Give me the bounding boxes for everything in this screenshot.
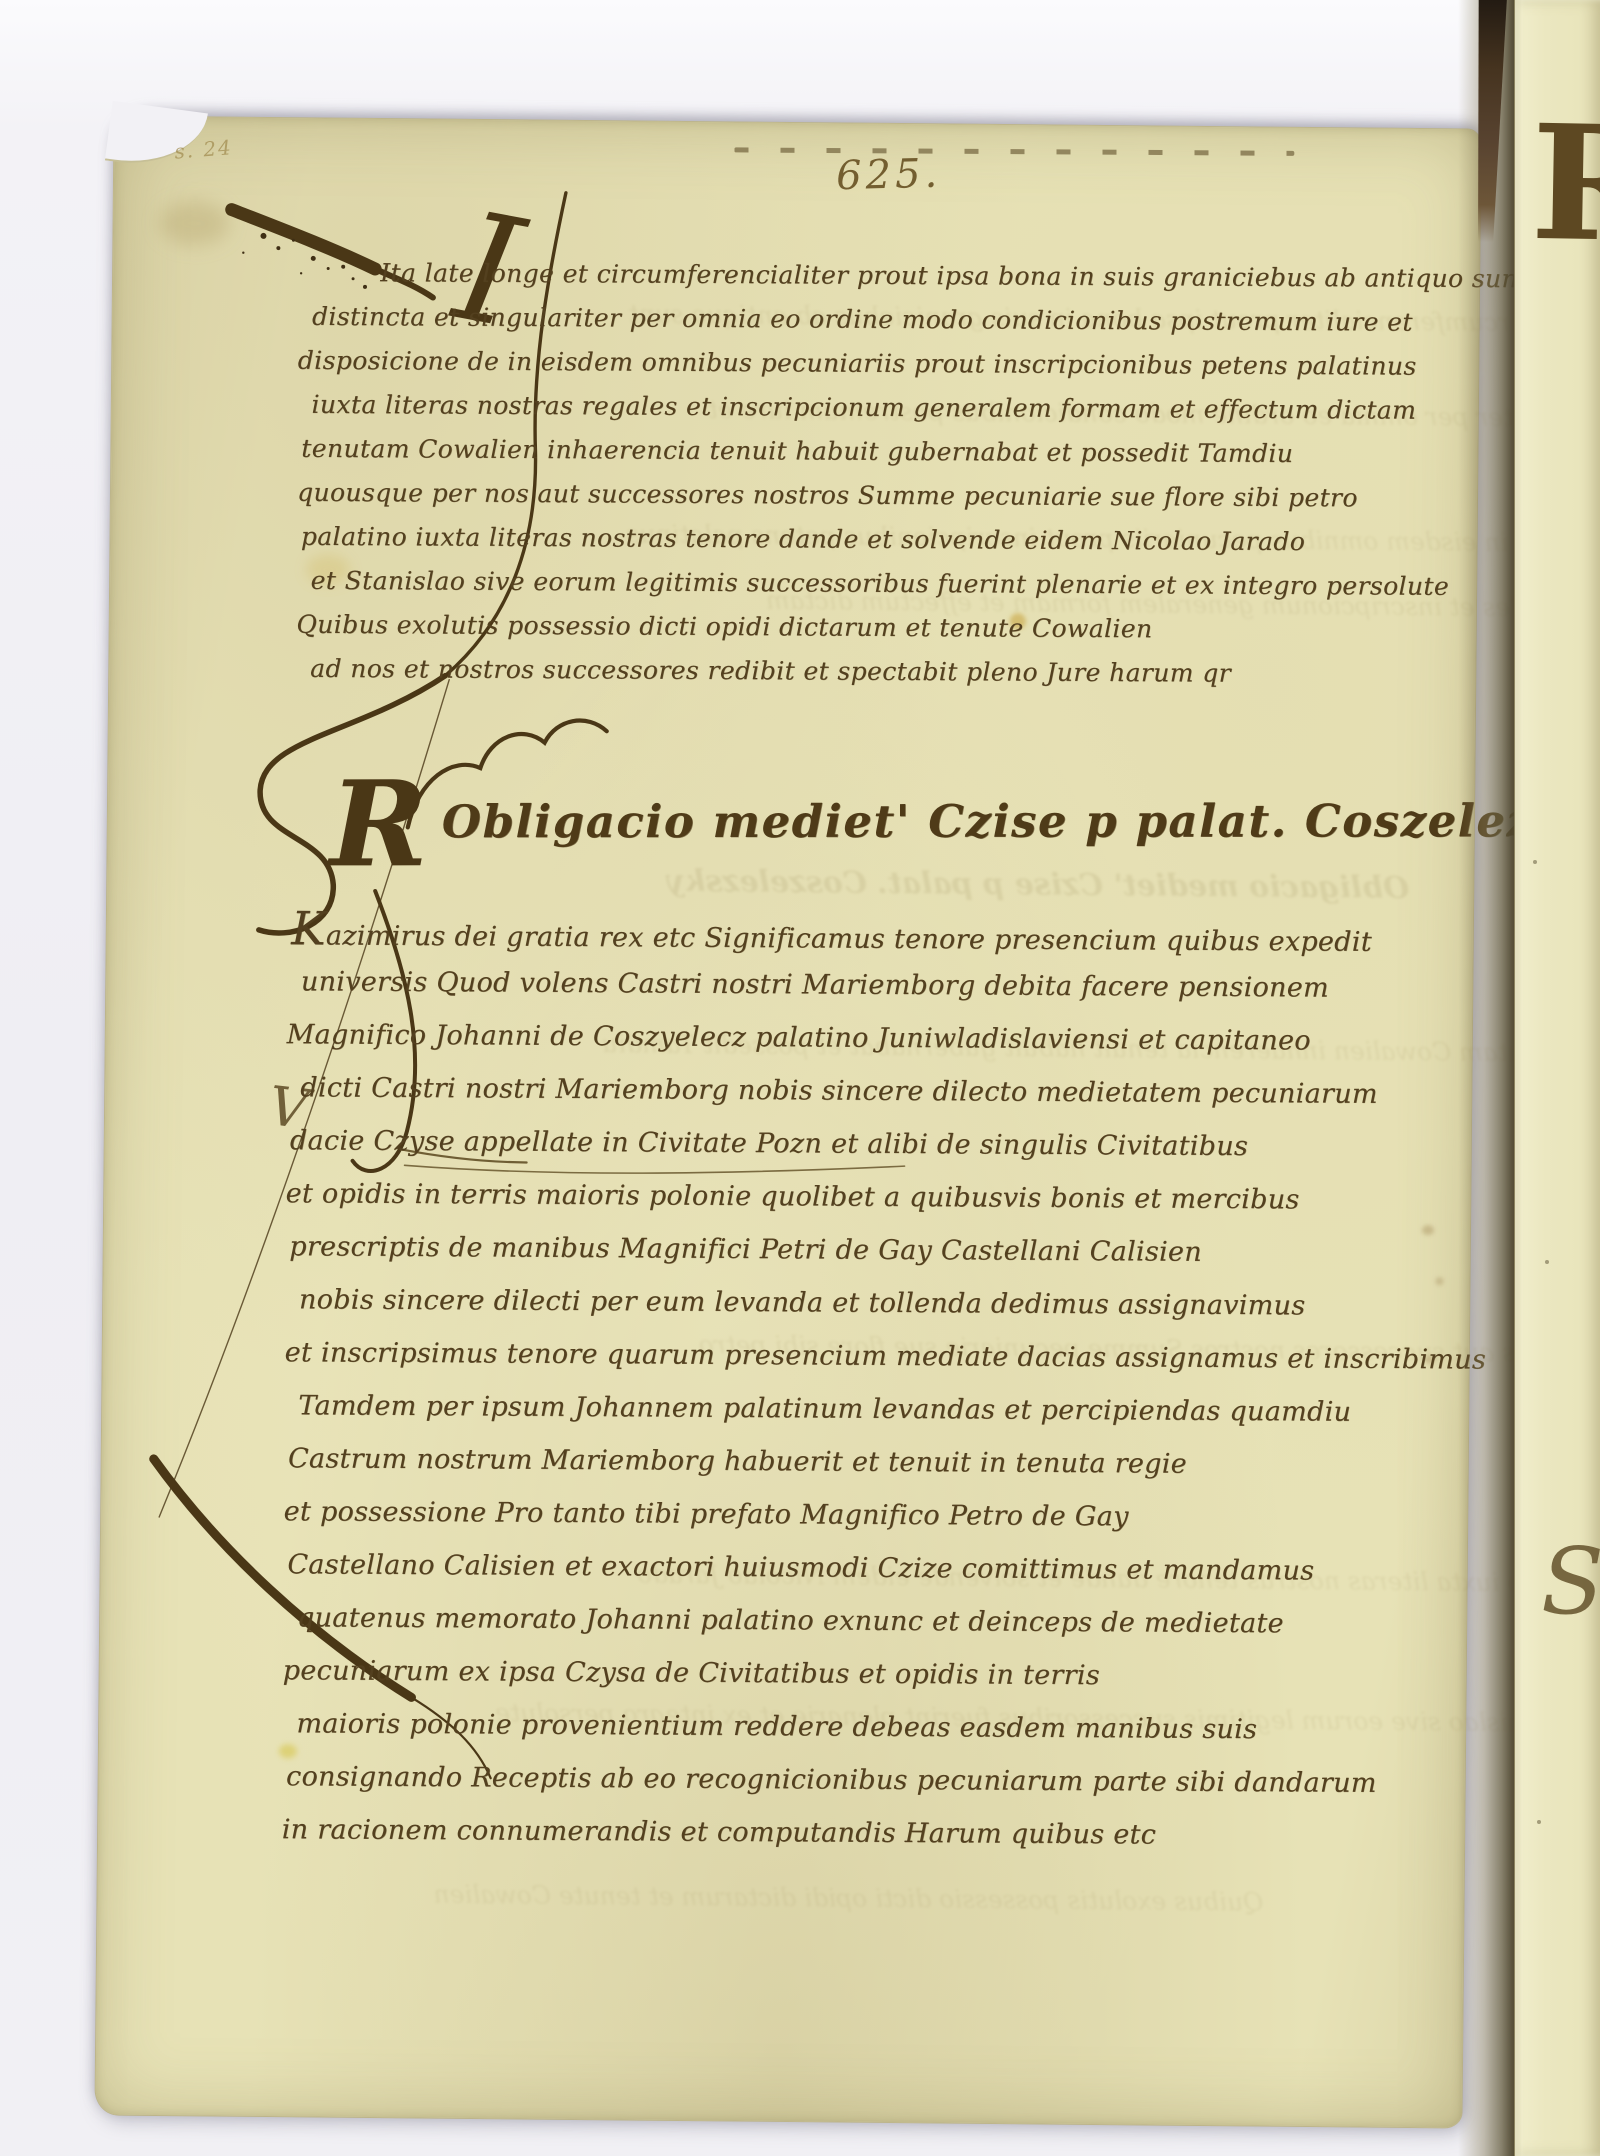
manuscript-line: Tamdem per ipsum Johannem palatinum leva…: [298, 1379, 1458, 1439]
facing-page-edge: R S: [1514, 0, 1600, 2156]
manuscript-line: pecuniarum ex ipsa Czysa de Civitatibus …: [283, 1644, 1457, 1704]
manuscript-line: Magnifico Johanni de Coszyelecz palatino…: [286, 1008, 1460, 1068]
manuscript-line: ad nos et nostros successores redibit et…: [310, 647, 1460, 697]
manuscript-line: et Stanislao sive eorum legitimis succes…: [311, 559, 1461, 609]
manuscript-line: universis Quod volens Castri nostri Mari…: [301, 955, 1461, 1015]
manuscript-line: tenutam Cowalien inhaerencia tenuit habu…: [301, 427, 1461, 477]
bleed-line: Quibus exolutis possessio dicti opidi di…: [433, 1880, 1263, 1917]
paragraph-2: Kazimirus dei gratia rex etc Significamu…: [286, 902, 1462, 1863]
manuscript-line: dacie Czyse appellate in Civitate Pozn e…: [290, 1114, 1460, 1174]
speck: [1545, 1260, 1549, 1264]
heading-text: Obligacio mediet' Czise p palat. Coszele…: [442, 794, 1600, 848]
manuscript-line: et opidis in terris maioris polonie quol…: [285, 1167, 1459, 1227]
manuscript-line: prescriptis de manibus Magnifici Petri d…: [289, 1220, 1459, 1280]
manuscript-line: iuxta literas nostras regales et inscrip…: [311, 383, 1461, 433]
manuscript-page: Ita late longe et circumferencialiter pr…: [94, 115, 1481, 2128]
manuscript-line: consignando Receptis ab eo recognicionib…: [286, 1750, 1456, 1810]
manuscript-line: nobis sincere dilecti per eum levanda et…: [299, 1273, 1459, 1333]
speck: [1533, 860, 1537, 864]
folio-number: 625.: [836, 151, 942, 200]
manuscript-line: Castrum nostrum Mariemborg habuerit et t…: [288, 1432, 1458, 1492]
paragraph-1: Ita late longe et circumferencialiter pr…: [300, 251, 1462, 697]
manuscript-line: Quibus exolutis possessio dicti opidi di…: [296, 603, 1460, 653]
book-gutter: [1458, 0, 1516, 2156]
manuscript-line: quousque per nos aut successores nostros…: [297, 471, 1461, 521]
rubric-heading: RObligacio mediet' Czise p palat. Coszel…: [330, 764, 1600, 895]
corner-inscription: s. 24: [173, 135, 233, 163]
manuscript-line: palatino iuxta literas nostras tenore da…: [301, 515, 1461, 565]
manuscript-line: Ita late longe et circumferencialiter pr…: [302, 251, 1462, 301]
speck: [1537, 1820, 1541, 1824]
manuscript-line: Castellano Calisien et exactori huiusmod…: [287, 1538, 1457, 1598]
manuscript-line: quatenus memorato Johanni palatino exnun…: [297, 1591, 1457, 1651]
manuscript-line: Kazimirus dei gratia rex etc Significamu…: [291, 902, 1461, 962]
bleed-through-text: Ita late longe et circumferencialiter pr…: [115, 116, 1481, 129]
manuscript-line: et possessione Pro tanto tibi prefato Ma…: [284, 1485, 1458, 1545]
manuscript-line: in racionem connumerandis et computandis…: [282, 1803, 1456, 1863]
manuscript-line: et inscripsimus tenore quarum presencium…: [285, 1326, 1459, 1386]
manuscript-line: distincta et singulariter per omnia eo o…: [312, 295, 1462, 345]
manuscript-line: maioris polonie provenientium reddere de…: [296, 1697, 1456, 1757]
facing-page-initial: R: [1530, 109, 1600, 261]
corner-grime: [159, 201, 229, 246]
edge-dirt-specks: [734, 147, 1294, 155]
facing-page-flourish: S: [1541, 1528, 1600, 1635]
manuscript-line: dicti Castri nostri Mariemborg nobis sin…: [300, 1061, 1460, 1121]
heading-initial: R: [330, 754, 428, 893]
manuscript-line: disposicione de in eisdem omnibus pecuni…: [298, 339, 1462, 389]
